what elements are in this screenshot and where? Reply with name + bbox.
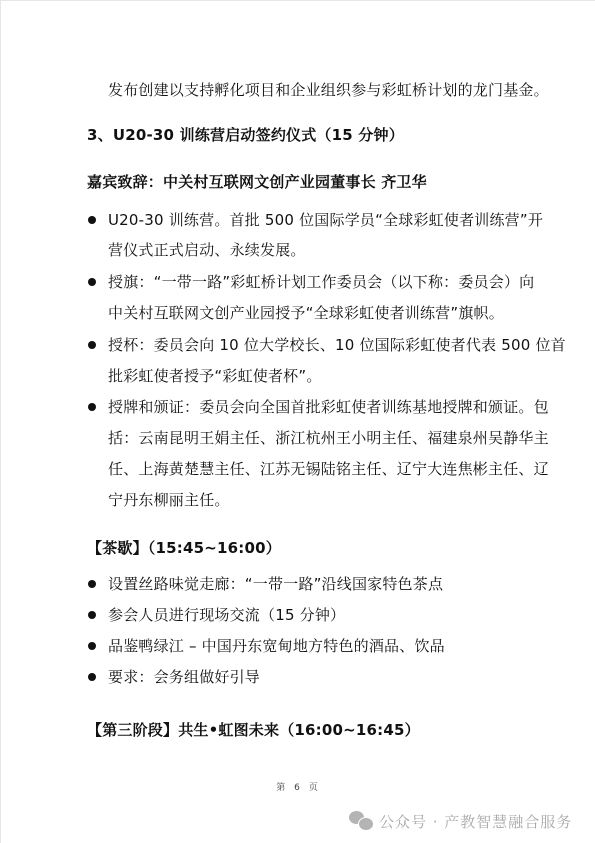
list-item-line: 中关村互联网文创产业园授予“全球彩虹使者训练营”旗帜。 (108, 303, 504, 323)
list-item-line: 品鉴鸭绿江 – 中国丹东宽甸地方特色的酒品、饮品 (108, 636, 445, 656)
list-item-line: 任、上海黄楚慧主任、江苏无锡陆铭主任、辽宁大连焦彬主任、辽 (108, 459, 549, 479)
list-item-line: 授杯：委员会向 10 位大学校长、10 位国际彩虹使者代表 500 位首 (108, 335, 566, 355)
bullet-icon (88, 216, 96, 224)
watermark-text: 公众号 · 产教智慧融合服务 (379, 811, 572, 832)
bullet-icon (88, 403, 96, 411)
bullet-icon (88, 673, 96, 681)
list-item-line: U20-30 训练营。首批 500 位国际学员“全球彩虹使者训练营”开 (108, 210, 543, 230)
list-item-line: 括：云南昆明王娟主任、浙江杭州王小明主任、福建泉州吴静华主 (108, 428, 549, 448)
list-item-line: 批彩虹使者授予“彩虹使者杯”。 (108, 366, 322, 386)
guest-speech-heading: 嘉宾致辞：中关村互联网文创产业园董事长 齐卫华 (87, 172, 427, 192)
page-number: 第 6 页 (1, 780, 595, 793)
intro-paragraph: 发布创建以支持孵化项目和企业组织参与彩虹桥计划的龙门基金。 (108, 80, 549, 100)
bullet-icon (88, 642, 96, 650)
stage3-heading: 【第三阶段】共生•虹图未来（16:00~16:45） (87, 720, 420, 740)
list-item-line: 设置丝路味觉走廊：“一带一路”沿线国家特色茶点 (108, 574, 443, 594)
document-page: 发布创建以支持孵化项目和企业组织参与彩虹桥计划的龙门基金。 3、U20-30 训… (0, 0, 595, 843)
watermark: 公众号 · 产教智慧融合服务 (349, 809, 572, 833)
list-item-line: 宁丹东柳丽主任。 (108, 490, 230, 510)
bullet-icon (88, 278, 96, 286)
section-heading: 3、U20-30 训练营启动签约仪式（15 分钟） (87, 125, 404, 145)
bullet-icon (88, 580, 96, 588)
list-item-line: 授牌和颁证：委员会向全国首批彩虹使者训练基地授牌和颁证。包 (108, 397, 549, 417)
bullet-icon (88, 611, 96, 619)
list-item-line: 营仪式正式启动、永续发展。 (108, 240, 306, 260)
tea-break-heading: 【茶歇】（15:45~16:00） (87, 538, 281, 558)
list-item-line: 要求：会务组做好引导 (108, 667, 260, 687)
list-item-line: 授旗：“一带一路”彩虹桥计划工作委员会（以下称：委员会）向 (108, 272, 534, 292)
wechat-icon (349, 811, 373, 831)
list-item-line: 参会人员进行现场交流（15 分钟） (108, 605, 345, 625)
bullet-icon (88, 341, 96, 349)
